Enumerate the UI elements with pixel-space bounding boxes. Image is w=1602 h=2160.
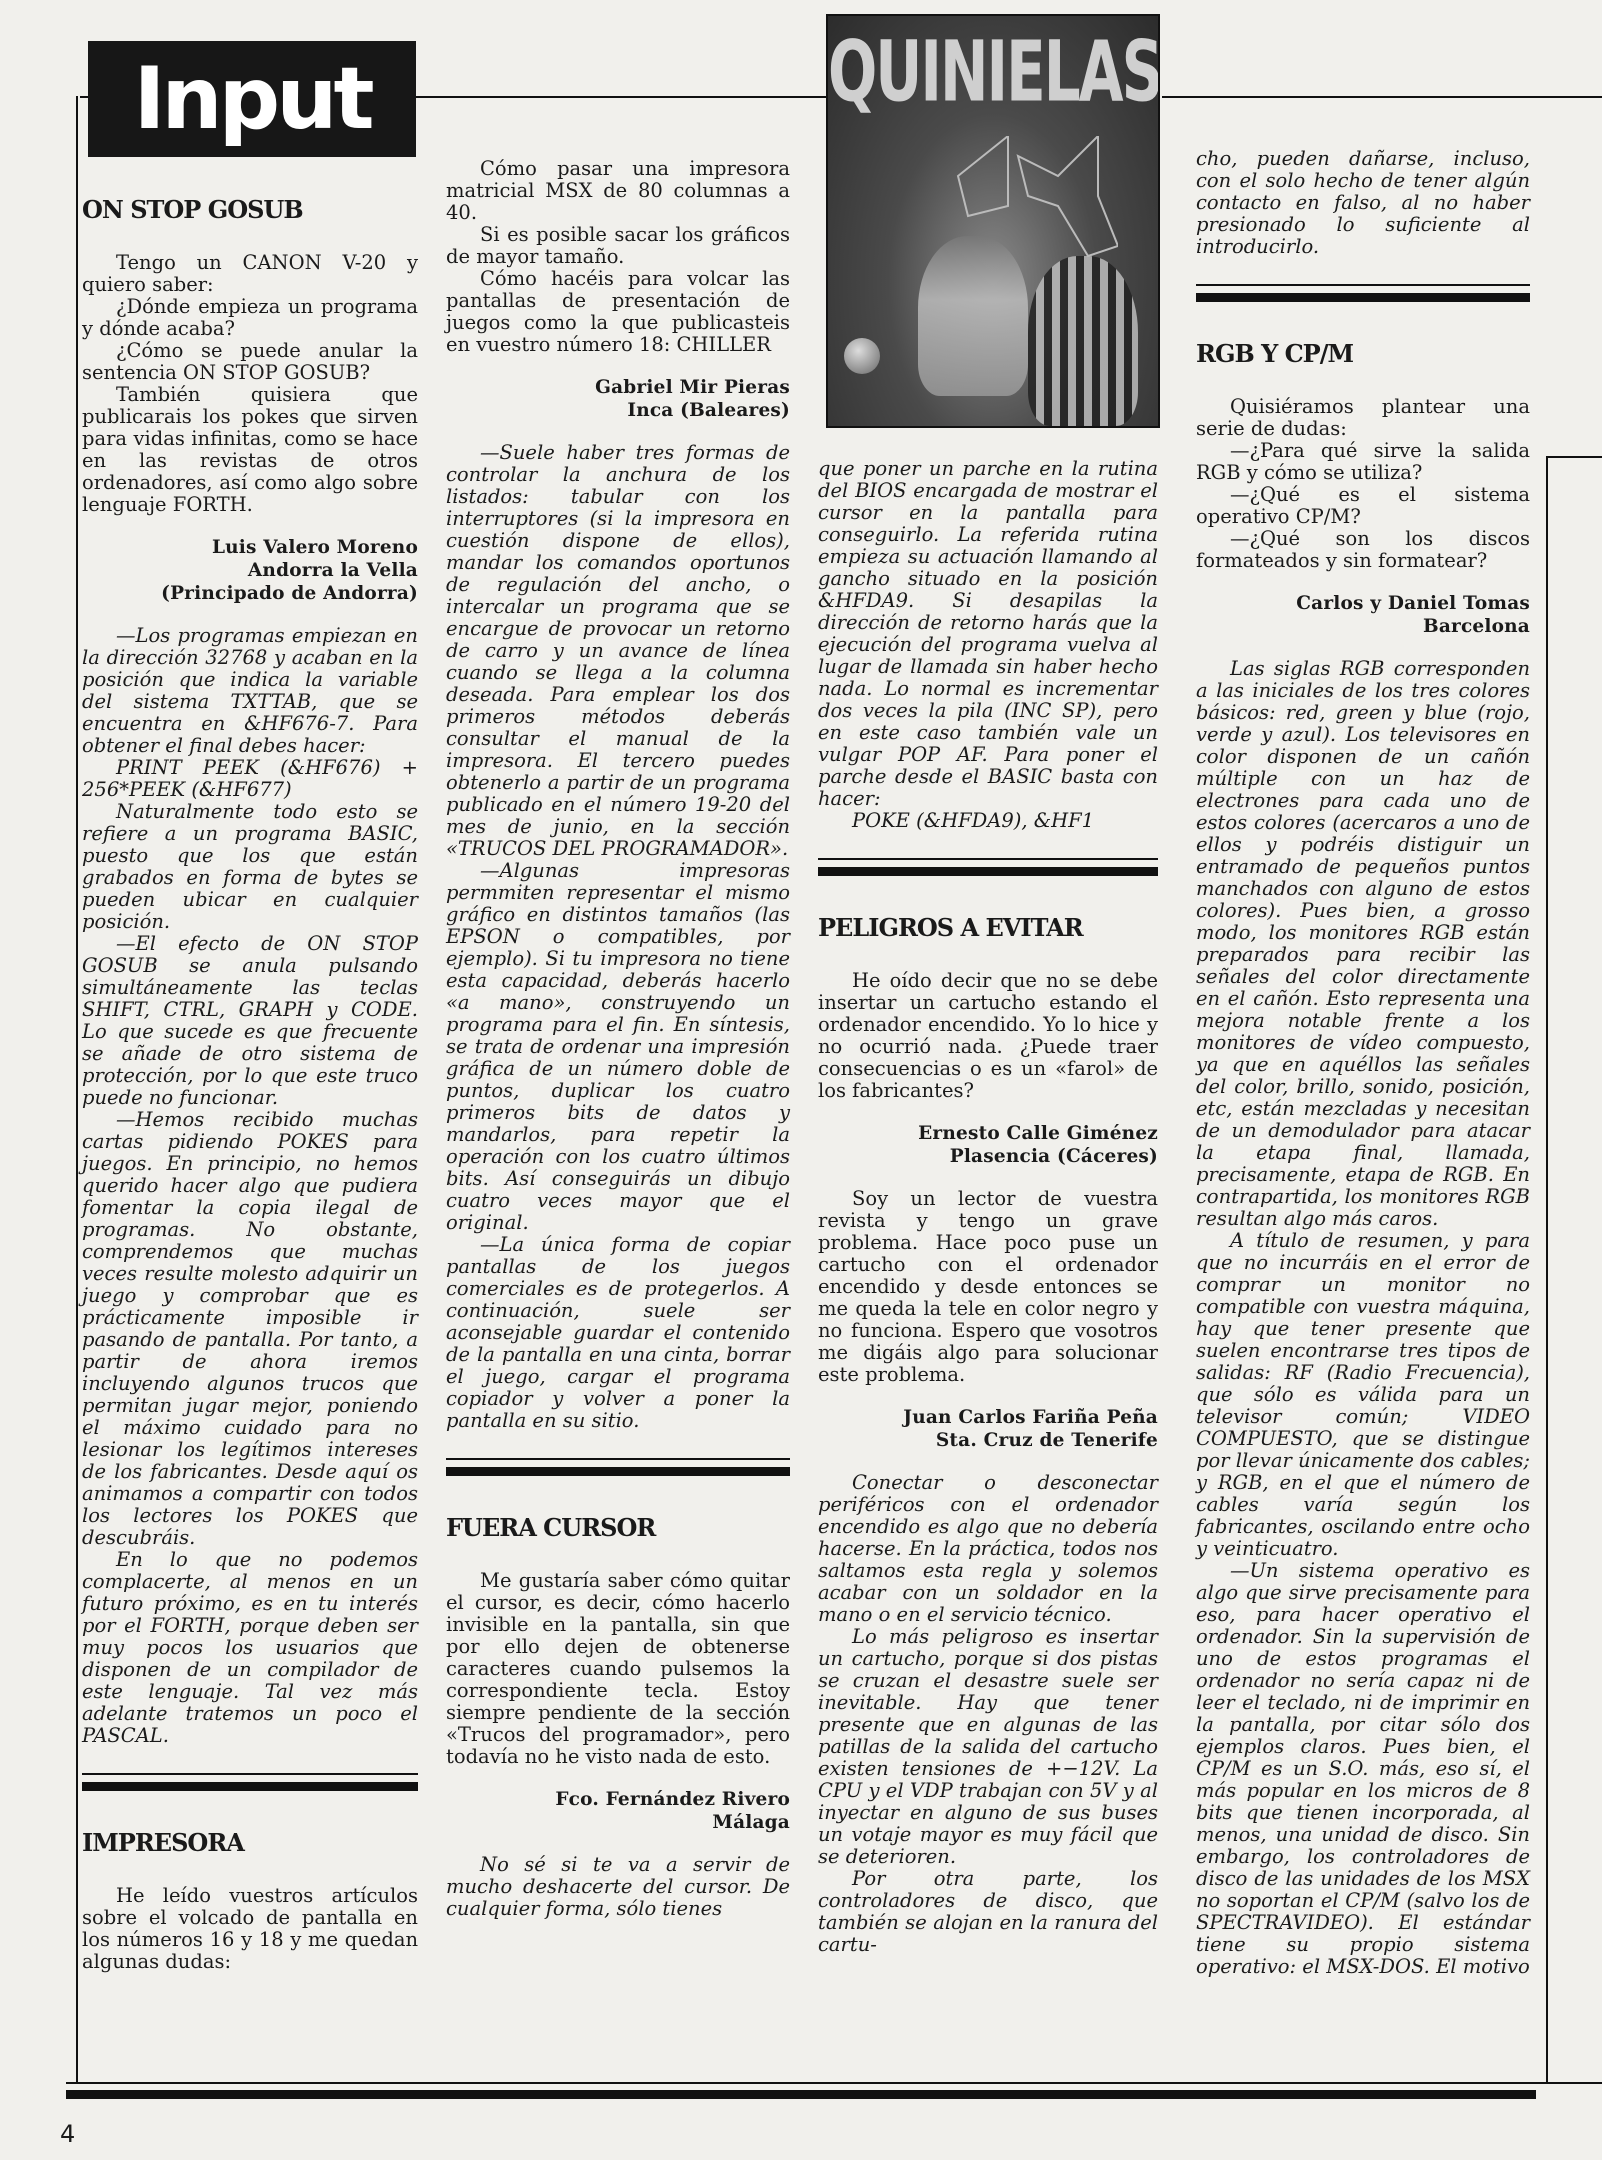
- question-paragraph: —¿Qué es el sistema operativo CP/M?: [1196, 484, 1530, 528]
- letter-title: ON STOP GOSUB: [82, 196, 418, 224]
- signature-location: Sta. Cruz de Tenerife: [818, 1429, 1158, 1452]
- cover-title: QUINIELAS: [828, 22, 1158, 121]
- question-paragraph: Quisiéramos plantear una serie de dudas:: [1196, 396, 1530, 440]
- football-player: [918, 236, 1028, 396]
- frame-line: [80, 96, 88, 98]
- question-paragraph: Cómo pasar una impresora matricial MSX d…: [446, 158, 790, 224]
- answer-paragraph: Por otra parte, los controladores de dis…: [818, 1868, 1158, 1956]
- signature-location: (Principado de Andorra): [82, 582, 418, 605]
- signature: Juan Carlos Fariña Peña Sta. Cruz de Ten…: [818, 1406, 1158, 1452]
- section-divider: [818, 858, 1158, 876]
- question-paragraph: He oído decir que no se debe insertar un…: [818, 970, 1158, 1102]
- column-2: Cómo pasar una impresora matricial MSX d…: [446, 158, 790, 1920]
- answer-paragraph: Naturalmente todo esto se refiere a un p…: [82, 801, 418, 933]
- code-line: POKE (&HFDA9), &HF1: [818, 810, 1158, 832]
- section-logo: Input: [88, 41, 416, 157]
- answer-paragraph: No sé si te va a servir de mucho deshace…: [446, 1854, 790, 1920]
- frame-line: [416, 96, 826, 98]
- column-3: que poner un parche en la rutina del BIO…: [818, 458, 1158, 1956]
- signature-location: Málaga: [446, 1811, 790, 1834]
- answer-paragraph: En lo que no podemos complacerte, al men…: [82, 1549, 418, 1747]
- answer-paragraph: —Un sistema operativo es algo que sirve …: [1196, 1560, 1530, 1978]
- answer-paragraph: —Los programas empiezan en la dirección …: [82, 625, 418, 757]
- frame-line: [76, 96, 78, 2083]
- letter-title: IMPRESORA: [82, 1829, 418, 1857]
- magazine-page: Input ON STOP GOSUB Tengo un CANON V-20 …: [0, 0, 1602, 2160]
- question-paragraph: Me gustaría saber cómo quitar el cursor,…: [446, 1570, 790, 1768]
- frame-line: [66, 2082, 1602, 2084]
- section-divider: [1196, 284, 1530, 302]
- signature: Luis Valero Moreno Andorra la Vella (Pri…: [82, 536, 418, 605]
- signature-location: Plasencia (Cáceres): [818, 1145, 1158, 1168]
- answer-paragraph: Las siglas RGB corresponden a las inicia…: [1196, 658, 1530, 1230]
- answer-paragraph: —Suele haber tres formas de controlar la…: [446, 442, 790, 860]
- section-divider: [82, 1773, 418, 1791]
- frame-line: [66, 2090, 1536, 2099]
- question-paragraph: He leído vuestros artículos sobre el vol…: [82, 1885, 418, 1973]
- signature-name: Luis Valero Moreno: [82, 536, 418, 559]
- letter-title: RGB Y CP/M: [1196, 340, 1530, 368]
- page-number: 4: [60, 2120, 75, 2148]
- letter-title: PELIGROS A EVITAR: [818, 914, 1158, 942]
- answer-paragraph: —Algunas impresoras permmiten representa…: [446, 860, 790, 1234]
- signature: Carlos y Daniel Tomas Barcelona: [1196, 592, 1530, 638]
- signature-name: Carlos y Daniel Tomas: [1196, 592, 1530, 615]
- question-paragraph: Tengo un CANON V-20 y quiero saber:: [82, 252, 418, 296]
- signature-location: Inca (Baleares): [446, 399, 790, 422]
- answer-paragraph: Lo más peligroso es insertar un cartucho…: [818, 1626, 1158, 1868]
- answer-paragraph: —El efecto de ON STOP GOSUB se anula pul…: [82, 933, 418, 1109]
- signature: Gabriel Mir Pieras Inca (Baleares): [446, 376, 790, 422]
- signature: Ernesto Calle Giménez Plasencia (Cáceres…: [818, 1122, 1158, 1168]
- answer-paragraph: Conectar o desconectar periféricos con e…: [818, 1472, 1158, 1626]
- question-paragraph: Si es posible sacar los gráficos de mayo…: [446, 224, 790, 268]
- signature-name: Gabriel Mir Pieras: [446, 376, 790, 399]
- letter-title: FUERA CURSOR: [446, 1514, 790, 1542]
- section-divider: [446, 1458, 790, 1476]
- question-paragraph: También quisiera que publicarais los pok…: [82, 384, 418, 516]
- column-1: ON STOP GOSUB Tengo un CANON V-20 y quie…: [82, 196, 418, 1973]
- signature-name: Ernesto Calle Giménez: [818, 1122, 1158, 1145]
- answer-paragraph: que poner un parche en la rutina del BIO…: [818, 458, 1158, 810]
- signature: Fco. Fernández Rivero Málaga: [446, 1788, 790, 1834]
- column-4: cho, pueden dañarse, incluso, con el sol…: [1196, 148, 1530, 1978]
- answer-paragraph: —La única forma de copiar pantallas de l…: [446, 1234, 790, 1432]
- question-paragraph: ¿Dónde empieza un programa y dónde acaba…: [82, 296, 418, 340]
- frame-line: [1162, 96, 1602, 98]
- answer-paragraph: —Hemos recibido muchas cartas pidiendo P…: [82, 1109, 418, 1549]
- signature-location: Andorra la Vella: [82, 559, 418, 582]
- code-line: PRINT PEEK (&HF676) + 256*PEEK (&HF677): [82, 757, 418, 801]
- frame-line: [1546, 456, 1602, 458]
- question-paragraph: —¿Para qué sirve la salida RGB y cómo se…: [1196, 440, 1530, 484]
- question-paragraph: Soy un lector de vuestra revista y tengo…: [818, 1188, 1158, 1386]
- question-paragraph: ¿Cómo se puede anular la sentencia ON ST…: [82, 340, 418, 384]
- frame-line: [1546, 456, 1548, 2083]
- answer-paragraph: A título de resumen, y para que no incur…: [1196, 1230, 1530, 1560]
- football-icon: [844, 338, 880, 374]
- signature-name: Juan Carlos Fariña Peña: [818, 1406, 1158, 1429]
- question-paragraph: Cómo hacéis para volcar las pantallas de…: [446, 268, 790, 356]
- football-player: [1028, 256, 1138, 426]
- signature-location: Barcelona: [1196, 615, 1530, 638]
- question-paragraph: —¿Qué son los discos formateados y sin f…: [1196, 528, 1530, 572]
- signature-name: Fco. Fernández Rivero: [446, 1788, 790, 1811]
- quinielas-cover-image: QUINIELAS: [826, 14, 1160, 428]
- answer-paragraph: cho, pueden dañarse, incluso, con el sol…: [1196, 148, 1530, 258]
